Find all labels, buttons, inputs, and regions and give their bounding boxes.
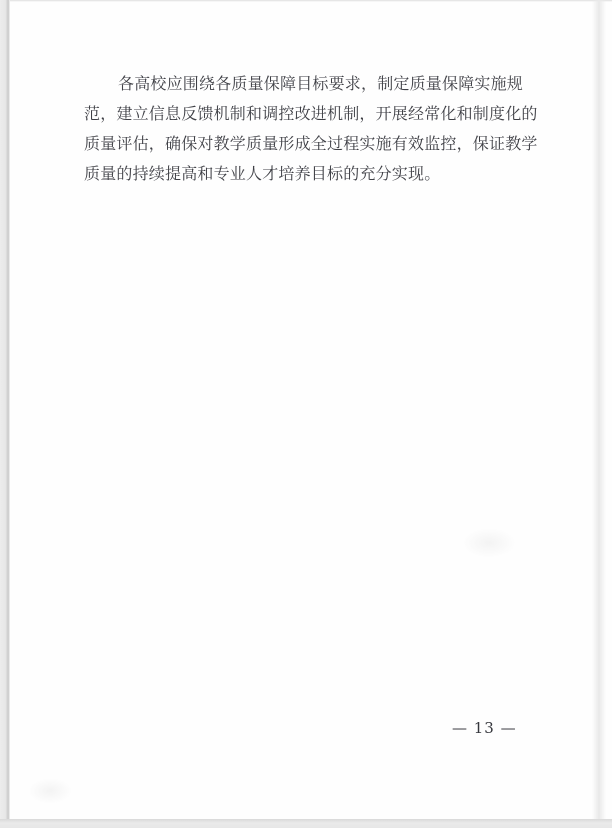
paragraph-line-4: 质量的持续提高和专业人才培养目标的充分实现。 xyxy=(84,159,544,189)
paragraph-line-3: 质量评估，确保对教学质量形成全过程实施有效监控，保证教学 xyxy=(84,129,544,159)
page-number: — 13 — xyxy=(452,719,517,737)
body-paragraph: 各高校应围绕各质量保障目标要求，制定质量保障实施规 范，建立信息反馈机制和调控改… xyxy=(84,69,544,189)
scan-smudge xyxy=(462,528,516,558)
left-page-edge-shadow xyxy=(0,0,10,828)
paragraph-line-2: 范，建立信息反馈机制和调控改进机制，开展经常化和制度化的 xyxy=(84,99,544,129)
scan-smudge xyxy=(28,778,72,804)
top-page-edge-line xyxy=(0,0,612,2)
bottom-page-edge-shadow xyxy=(0,819,612,828)
document-page: 各高校应围绕各质量保障目标要求，制定质量保障实施规 范，建立信息反馈机制和调控改… xyxy=(0,0,612,828)
paragraph-line-1: 各高校应围绕各质量保障目标要求，制定质量保障实施规 xyxy=(84,69,544,99)
right-page-edge-shadow xyxy=(592,0,606,828)
